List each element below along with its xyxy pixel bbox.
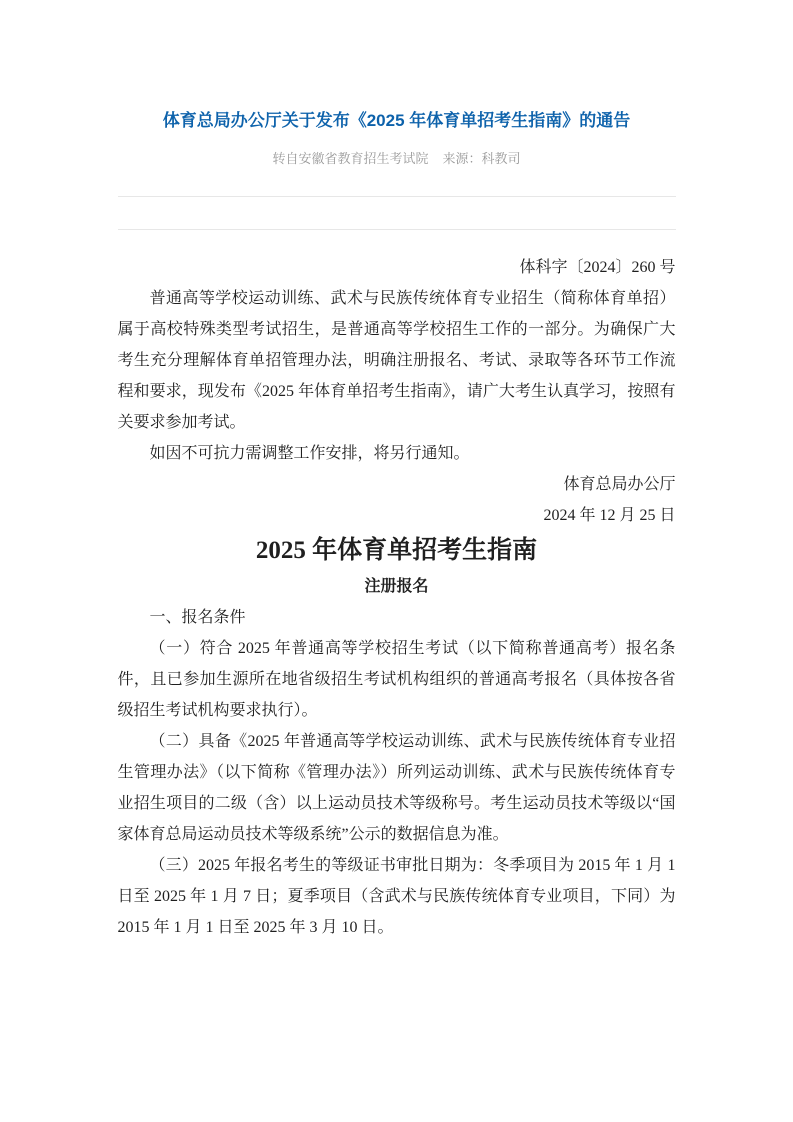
repost-source-text: 转自安徽省教育招生考试院 [272, 151, 428, 166]
doc-number-line: 体科字〔2024〕260 号 [118, 252, 676, 283]
divider-top [118, 196, 676, 197]
notice-paragraph: 普通高等学校运动训练、武术与民族传统体育专业招生（简称体育单招）属于高校特殊类型… [118, 283, 676, 438]
article-meta: 转自安徽省教育招生考试院来源：科教司 [118, 150, 676, 168]
article-header: 体育总局办公厅关于发布《2025 年体育单招考生指南》的通告 转自安徽省教育招生… [118, 0, 676, 230]
guide-item: （一）符合 2025 年普通高等学校招生考试（以下简称普通高考）报名条件，且已参… [118, 633, 676, 726]
guide-section-title: 注册报名 [118, 571, 676, 602]
guide-subsection-title: 一、报名条件 [118, 602, 676, 633]
article-title: 体育总局办公厅关于发布《2025 年体育单招考生指南》的通告 [118, 108, 676, 134]
document-body: 体科字〔2024〕260 号 普通高等学校运动训练、武术与民族传统体育专业招生（… [118, 252, 676, 943]
source-text: 来源：科教司 [443, 151, 521, 166]
guide-title: 2025 年体育单招考生指南 [118, 531, 676, 571]
divider-bottom [118, 229, 676, 230]
notice-paragraph: 如因不可抗力需调整工作安排，将另行通知。 [118, 438, 676, 469]
date-line: 2024 年 12 月 25 日 [118, 500, 676, 531]
content-column: 体育总局办公厅关于发布《2025 年体育单招考生指南》的通告 转自安徽省教育招生… [118, 0, 676, 943]
signature-line: 体育总局办公厅 [118, 469, 676, 500]
guide-item: （三）2025 年报名考生的等级证书审批日期为：冬季项目为 2015 年 1 月… [118, 850, 676, 943]
page: 体育总局办公厅关于发布《2025 年体育单招考生指南》的通告 转自安徽省教育招生… [0, 0, 793, 1122]
guide-item: （二）具备《2025 年普通高等学校运动训练、武术与民族传统体育专业招生管理办法… [118, 726, 676, 850]
